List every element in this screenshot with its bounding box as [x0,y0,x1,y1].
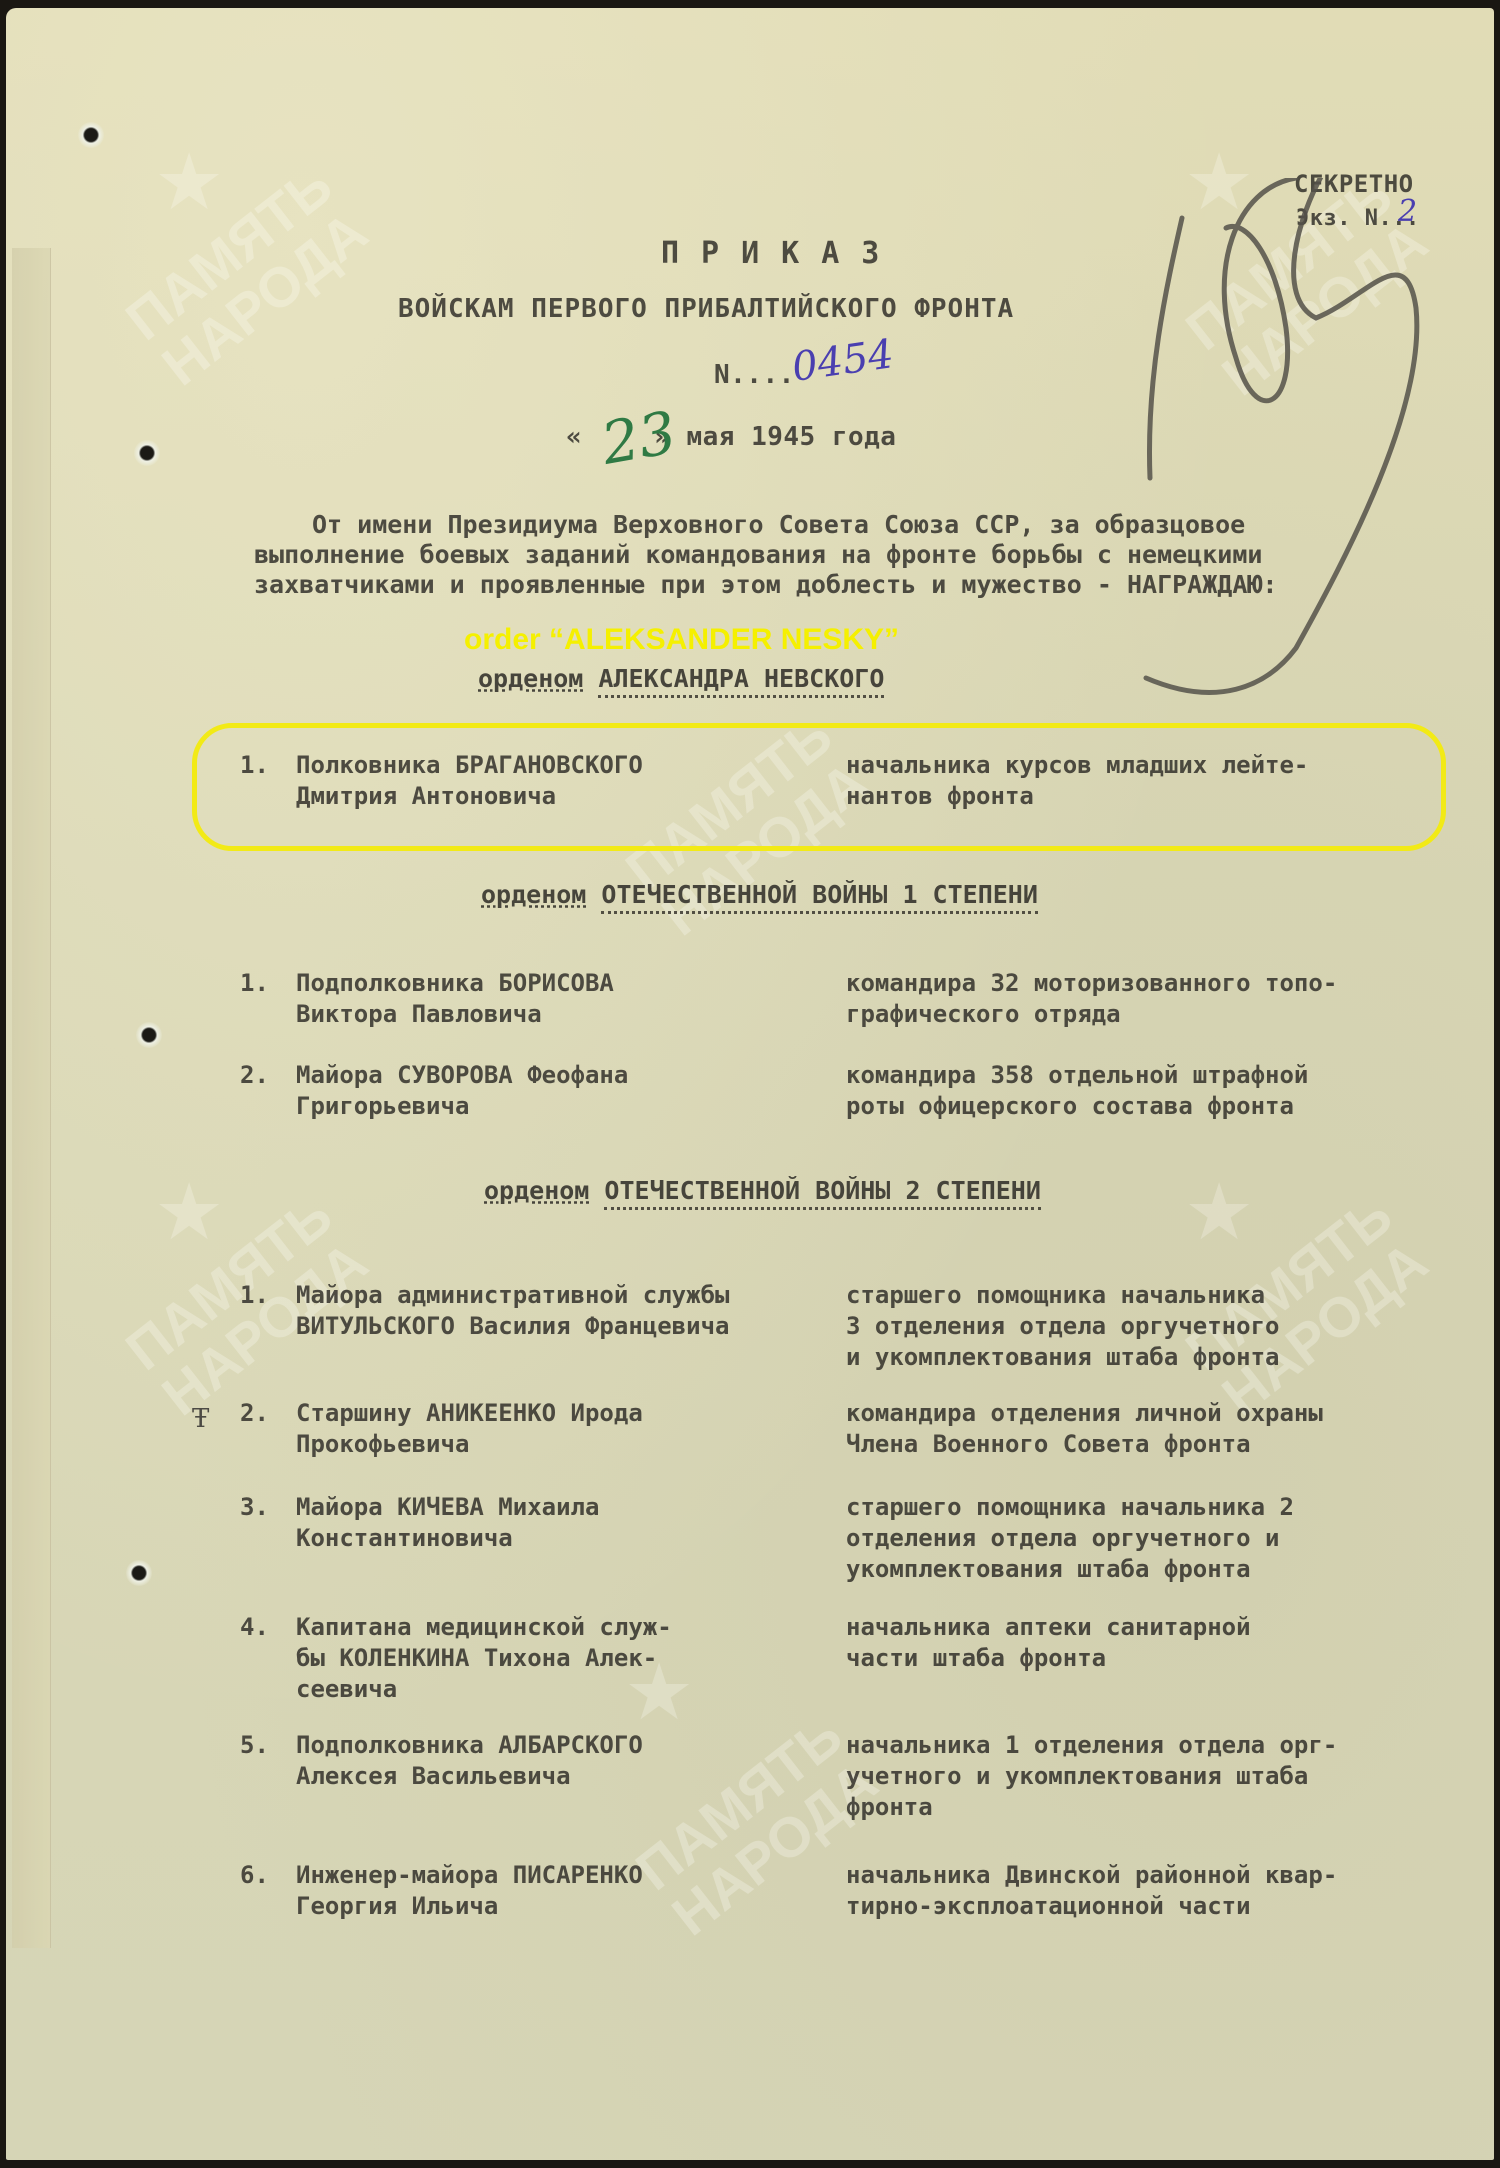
margin-mark-icon: Ŧ [192,1404,209,1434]
punch-hole-icon [78,122,104,148]
recipient-name: Капитана медицинской служ- бы КОЛЕНКИНА … [296,1612,672,1705]
document-subtitle: ВОЙСКАМ ПЕРВОГО ПРИБАЛТИЙСКОГО ФРОНТА [398,294,1014,324]
recipient-name: Полковника БРАГАНОВСКОГО Дмитрия Антонов… [296,750,643,812]
order-number-label: N.... [714,360,795,390]
recipient-role: начальника 1 отделения отдела орг- учетн… [846,1730,1337,1823]
recipient-role: командира 358 отдельной штрафной роты оф… [846,1060,1308,1122]
preamble-line: От имени Президиума Верховного Совета Со… [254,510,1434,540]
recipient-name: Инженер-майора ПИСАРЕНКО Георгия Ильича [296,1860,643,1922]
recipient-name: Майора административной службы ВИТУЛЬСКО… [296,1280,729,1342]
recipient-role: старшего помощника начальника 2 отделени… [846,1492,1294,1585]
document-title: ПРИКАЗ [661,236,901,271]
punch-hole-icon [136,1022,162,1048]
preamble-line: выполнение боевых заданий командования н… [254,540,1434,570]
order-day-handwritten: 23 [597,398,681,478]
recipient-role: командира 32 моторизованного топо- графи… [846,968,1337,1030]
punch-hole-icon [134,440,160,466]
punch-hole-icon [126,1560,152,1586]
pencil-signature-mark [1126,178,1466,718]
underlying-page-edge [12,248,51,1948]
recipient-role: старшего помощника начальника 3 отделени… [846,1280,1279,1373]
order-number-handwritten: 0454 [789,331,896,391]
section-heading-patriotic-war-2: орденом ОТЕЧЕСТВЕННОЙ ВОЙНЫ 2 СТЕПЕНИ [484,1176,1041,1210]
preamble: От имени Президиума Верховного Совета Со… [254,510,1434,600]
date-suffix: » мая 1945 года [654,422,896,452]
watermark-star-icon: ★ [156,108,222,236]
recipient-role: начальника Двинской районной квар- тирно… [846,1860,1337,1922]
recipient-role: начальника курсов младших лейте- нантов … [846,750,1308,812]
recipient-role: командира отделения личной охраны Члена … [846,1398,1323,1460]
recipient-name: Подполковника БОРИСОВА Виктора Павловича [296,968,614,1030]
annotation-label: order “ALEKSANDER NESKY” [464,623,899,657]
section-heading-patriotic-war-1: орденом ОТЕЧЕСТВЕННОЙ ВОЙНЫ 1 СТЕПЕНИ [481,880,1038,914]
section-heading-aleksandr-nevsky: орденом АЛЕКСАНДРА НЕВСКОГО [478,664,884,698]
preamble-line: захватчиками и проявленные при этом добл… [254,570,1434,600]
watermark-star-icon: ★ [1186,1138,1252,1266]
recipient-name: Майора КИЧЕВА Михаила Константиновича [296,1492,599,1554]
recipient-role: начальника аптеки санитарной части штаба… [846,1612,1251,1674]
recipient-name: Старшину АНИКЕЕНКО Ирода Прокофьевича [296,1398,643,1460]
recipient-name: Майора СУВОРОВА Феофана Григорьевича [296,1060,628,1122]
date-prefix: « [566,422,582,452]
document-page: ★ ПАМЯТЬНАРОДА ★ ПАМЯТЬНАРОДА ПАМЯТЬНАРО… [6,8,1494,2160]
watermark-star-icon: ★ [156,1138,222,1266]
recipient-name: Подполковника АЛБАРСКОГО Алексея Василье… [296,1730,643,1792]
